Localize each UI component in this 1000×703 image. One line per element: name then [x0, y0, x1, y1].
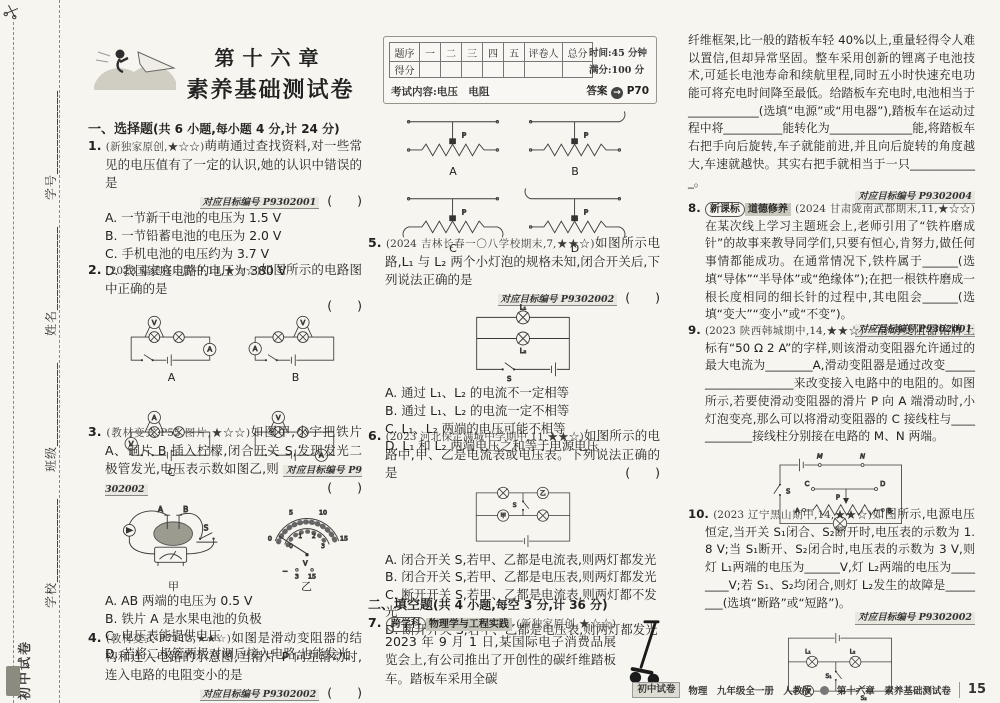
svg-text:−: − — [282, 567, 288, 575]
figure-q4-rheostats: P A P B P C — [368, 110, 660, 254]
volt-unit-label: V — [303, 560, 308, 568]
scissors-icon — [2, 2, 21, 21]
cut-line-inner — [59, 0, 60, 703]
page-number: 15 — [959, 682, 986, 698]
ammeter-label: A — [252, 345, 257, 353]
question-5: 5. (2024 吉林长春一〇八学校期末,7,★★☆)如图所示电路,L₁ 与 L… — [368, 234, 660, 455]
new-standard-tag: 新课标 — [705, 202, 745, 217]
cut-line-left — [13, 22, 14, 703]
question-7-part2: 纤维框架,比一般的踏板车轻 40%以上,重量轻得令人难以置信,但却异常坚固。整车… — [688, 32, 975, 204]
question-3: 3. (教材变式·P55 图片,★☆☆)如图甲,小宇把铁片 A、铜片 B 插入柠… — [88, 423, 362, 662]
scooter-image — [626, 616, 660, 688]
svg-text:0: 0 — [267, 535, 271, 542]
voltmeter-label: V — [151, 318, 156, 326]
terminal-d-label: D — [880, 480, 885, 488]
switch-s1-label: S₁ — [826, 674, 833, 680]
moral-tag: 道德修养 — [745, 203, 791, 216]
scanned-test-paper: { "sidebar": { "fields": "学校____________… — [0, 0, 1000, 703]
topic-tag: 物理学与工程实践 — [426, 618, 512, 631]
slider-label: P — [462, 208, 467, 217]
meter-jia-label: 甲 — [500, 511, 506, 519]
option-b: B. 铁片 A 是水果电池的负极 — [105, 610, 362, 628]
figure-q3-voltmeter-dial: 0 5 10 15 0 1 2 3 V − 3 15 乙 — [254, 500, 360, 592]
svg-text:2: 2 — [311, 534, 315, 540]
svg-text:5: 5 — [288, 509, 292, 516]
figure-q2-circuit-a: V A A — [123, 314, 221, 383]
svg-text:1: 1 — [298, 534, 302, 540]
question-8: 8. 新课标道德修养 (2024 甘肃陇南武都期末,11,★☆☆)在某次线上学习… — [688, 200, 975, 337]
question-10: 10. (2023 辽宁黑山期中,14,★★☆)如图所示,电源电压恒定,当开关 … — [688, 506, 975, 703]
terminal-n-label: N — [860, 452, 865, 460]
page-footer: 初中试卷 物理 九年级全一册 人教版 第十六章 素养基础测试卷 15 — [470, 682, 986, 698]
student-info-fields: 学校____________ 班级____________ 姓名________… — [20, 88, 46, 608]
ammeter-label: A — [151, 413, 156, 421]
lamp1-label: L₁ — [519, 304, 526, 312]
figure-q2-circuit-b: V A B — [247, 314, 345, 383]
voltmeter-label: V — [300, 318, 305, 326]
meter-yi-label: 乙 — [540, 490, 546, 497]
option-a: A. 通过 L₁、L₂ 的电流不一定相等 — [385, 384, 660, 402]
svg-text:10: 10 — [318, 509, 326, 516]
figure-q5-parallel-lamps: L₁ L₂ S — [385, 306, 660, 384]
option-a: A. AB 两端的电压为 0.5 V — [105, 592, 362, 610]
electrode-a-label: A — [157, 505, 163, 514]
question-4: 4. (教材变式·P71T3,★★☆)如图是滑动变阻器的结构和连入电路的示意图,… — [88, 629, 362, 701]
figure-q4-rheostat-b: P B — [519, 110, 631, 177]
student-info-labels: 学校____________ 班级____________ 姓名________… — [42, 88, 59, 608]
switch-label: S — [786, 487, 790, 495]
switch-label: S — [512, 502, 516, 509]
svg-text:0: 0 — [289, 544, 293, 550]
ammeter-label: A — [207, 345, 212, 353]
column-1: 一、选择题(共 6 小题,每小题 4 分,计 24 分) 1. (新独家原创,★… — [88, 0, 362, 703]
footer-book-line: 物理 九年级全一册 人教版 — [688, 683, 812, 697]
svg-text:15: 15 — [340, 535, 348, 542]
terminal-m-label: M — [817, 452, 823, 460]
column-2: P A P B P C — [368, 0, 660, 703]
svg-text:3: 3 — [321, 544, 325, 550]
option-b: B. 通过 L₁、L₂ 的电流一定不相等 — [385, 402, 660, 420]
switch-label: S — [203, 523, 208, 532]
slider-label: P — [836, 493, 840, 501]
question-7-part1: 7. 跨学科物理学与工程实践 (新独家原创,★☆☆)2023 年 9 月 1 日… — [368, 614, 660, 688]
option-a: A. 一节新干电池的电压为 1.5 V — [105, 209, 362, 227]
target-code: 对应目标编号 P9302001 — [200, 197, 320, 210]
lamp1-label: L₁ — [805, 650, 811, 656]
switch-label: S — [507, 375, 511, 383]
terminal-c-label: C — [805, 480, 810, 488]
figure-q3-lemon-battery: A B S 甲 — [108, 500, 240, 592]
footer-chapter: 第十六章 素养基础测试卷 — [837, 683, 951, 697]
column-3: 纤维框架,比一般的踏板车轻 40%以上,重量轻得令人难以置信,但却异常坚固。整车… — [688, 0, 975, 703]
section-2-heading: 二、填空题(共 4 小题,每空 3 分,计 36 分) — [368, 594, 660, 613]
option-b: B. 闭合开关 S,若甲、乙都是电压表,则两灯都发光 — [385, 568, 660, 586]
slider-label: P — [584, 131, 589, 140]
lamp2-label: L₂ — [850, 650, 856, 656]
option-c: C. 手机电池的电压约为 3.7 V — [105, 245, 362, 263]
question-1: 1. (新独家原创,★☆☆)萌萌通过查找资料,对一些常见的电压值有了一定的认识,… — [88, 137, 362, 280]
option-a: A. 闭合开关 S,若甲、乙都是电流表,则两灯都发光 — [385, 551, 660, 569]
target-code: 对应目标编号 P9302002 — [498, 294, 618, 307]
lamp2-label: L₂ — [519, 348, 526, 356]
section-1-heading: 一、选择题(共 6 小题,每小题 4 分,计 24 分) — [88, 118, 362, 137]
target-code: 对应目标编号 P9302002 — [855, 612, 975, 625]
electrode-b-label: B — [183, 505, 188, 514]
question-9: 9. (2023 陕西韩城期中,14,★★☆)一滑动变阻器铭牌上标有“50 Ω … — [688, 322, 975, 537]
slider-label: P — [462, 131, 467, 140]
slider-label: P — [584, 208, 589, 217]
figure-q6-meters-circuit: 乙 甲 S — [385, 483, 660, 551]
cross-subject-tag: 跨学科 — [386, 617, 426, 632]
voltmeter-label: V — [275, 413, 280, 421]
figure-q4-rheostat-a: P A — [397, 110, 509, 177]
option-b: B. 一节铅蓄电池的电压为 2.0 V — [105, 227, 362, 245]
publisher-logo — [6, 666, 20, 696]
footer-logo-icon — [820, 686, 829, 695]
svg-text:3: 3 — [294, 573, 298, 580]
footer-badge: 初中试卷 — [632, 682, 680, 698]
target-code: 对应目标编号 P9302002 — [200, 689, 320, 702]
